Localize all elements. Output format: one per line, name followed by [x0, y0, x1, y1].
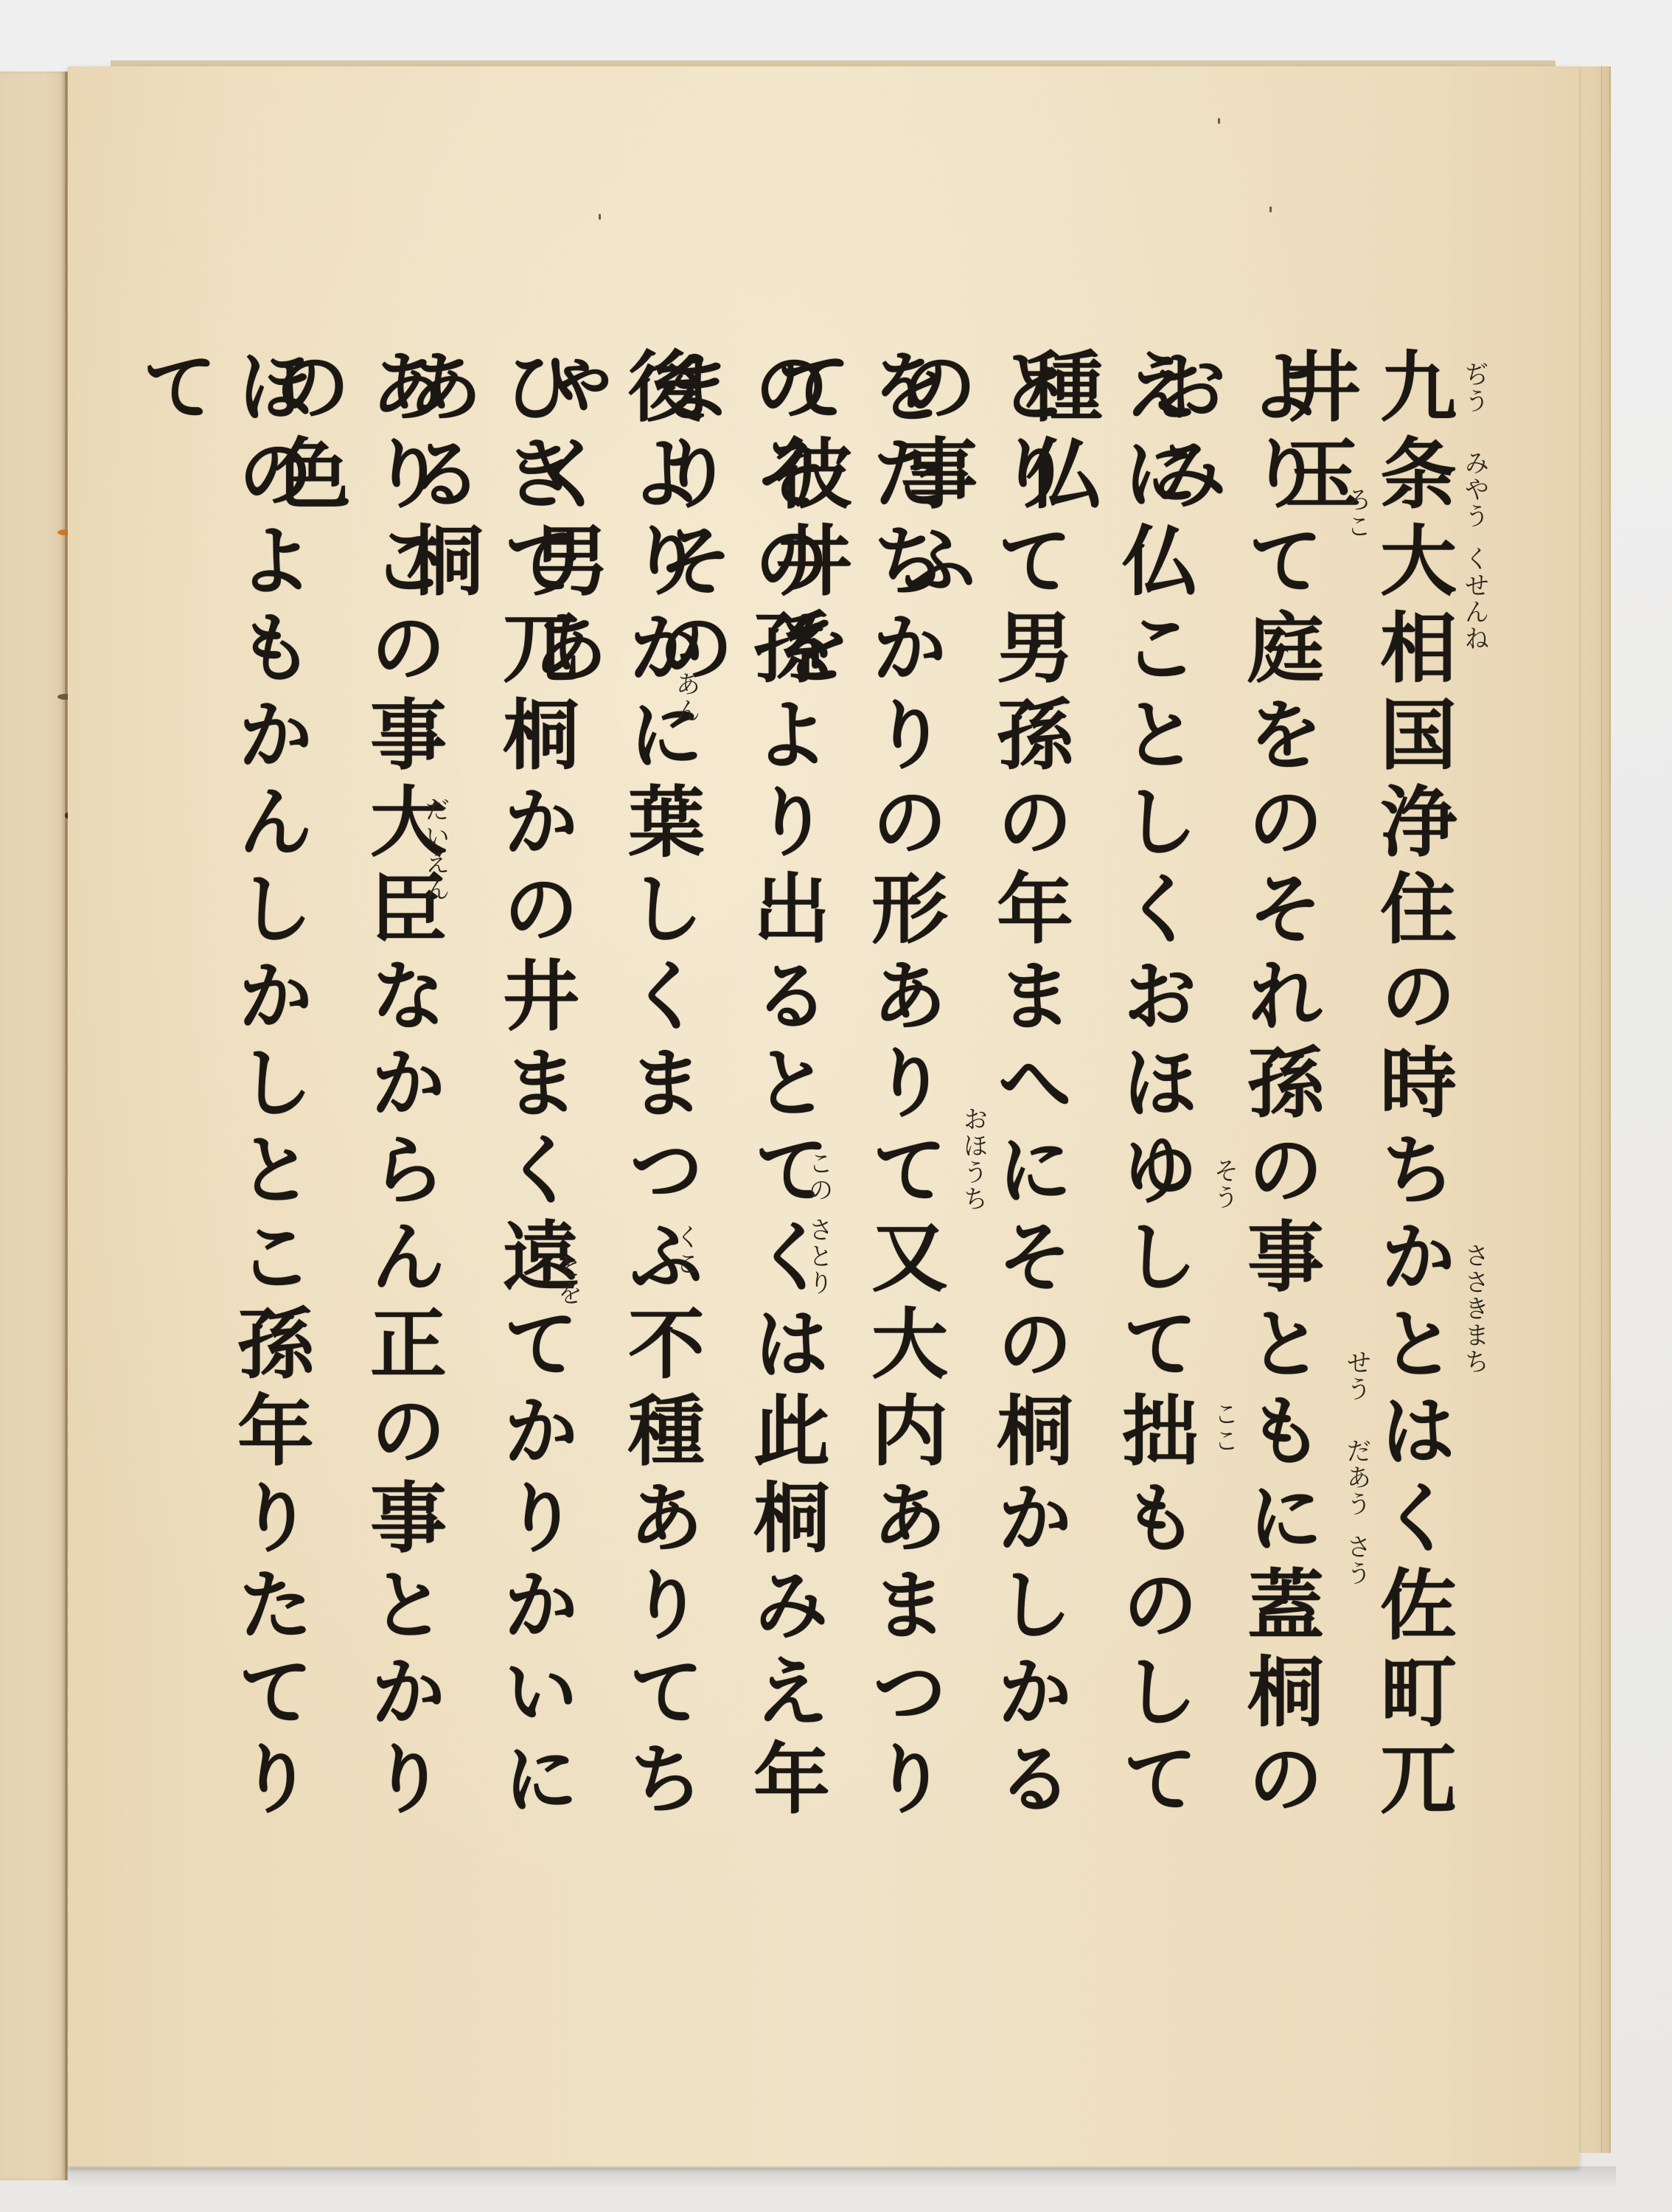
page-shadow [68, 2166, 1616, 2188]
furigana-gloss: ぢう [1460, 361, 1489, 414]
text-column-1: 九条大相国浄住の時ちかとはく佐町兀井玉 [1364, 347, 1460, 1895]
furigana-gloss: あん [671, 671, 700, 724]
text-column-9: ありこの事大臣なからん正の事とかりの色 [354, 347, 450, 1895]
text-column-4: とりて男孫の年まへにその桐かしかるの事ふ [980, 347, 1076, 1895]
furigana-gloss: この [804, 1150, 833, 1203]
furigana-gloss: さとり [804, 1217, 833, 1296]
text-column-10: ほのよもかんしかしとこ孫年りたてりて [221, 347, 317, 1895]
furigana-gloss: そう [1209, 1158, 1239, 1211]
paper-speck [1269, 206, 1272, 212]
furigana-gloss: みやう [1460, 450, 1489, 529]
left-facing-page [0, 72, 65, 2180]
paper-speck [599, 214, 601, 220]
furigana-gloss: ろこ [1342, 487, 1371, 540]
text-block: 九条大相国浄住の時ちかとはく佐町兀井玉 ぢう みやう くせんね ささきまち より… [155, 347, 1452, 1895]
paper-speck [1218, 118, 1220, 124]
furigana-gloss: だいえん [420, 796, 450, 902]
furigana-gloss: おほうち [958, 1106, 988, 1212]
text-column-5: をたちかりの形ありて又大内あまつりて彼井を [855, 347, 951, 1895]
text-column-2: よりて庭をのそれ孫の事ともに蓋桐のおみ [1231, 347, 1327, 1895]
text-column-8: ひきて兀桐かの井まく遠てかりかいにある桐 [487, 347, 582, 1895]
text-column-7: 後よりかに葉しくまつふ不種ありてちゃく男あ [612, 347, 708, 1895]
text-column-6: のその孫より出るとてくは此桐みえ年まりその [737, 347, 833, 1895]
furigana-gloss: さう [1342, 1534, 1371, 1587]
furigana-gloss: だあう [1342, 1438, 1371, 1517]
furigana-gloss: せう [1342, 1349, 1371, 1402]
furigana-gloss: とを [553, 1253, 582, 1307]
furigana-gloss: くこ [671, 1224, 700, 1277]
furigana-gloss: ささきまち [1460, 1242, 1489, 1375]
text-column-3: えに仏ことしくおほゆして拙ものして種仏 [1106, 347, 1202, 1895]
furigana-gloss: くせんね [1460, 546, 1489, 652]
furigana-gloss: ここ [1209, 1401, 1239, 1454]
